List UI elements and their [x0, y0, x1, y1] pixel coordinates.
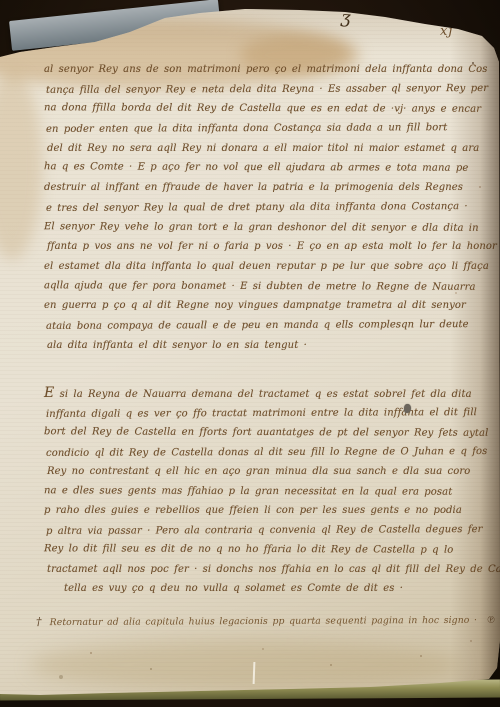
paper-speckles — [0, 0, 2, 2]
manuscript-page: ʒ xj al senyor Rey ans de son matrimoni … — [0, 0, 500, 707]
right-edge-shading — [0, 0, 500, 707]
manuscript-photo: ʒ xj al senyor Rey ans de son matrimoni … — [0, 0, 500, 707]
